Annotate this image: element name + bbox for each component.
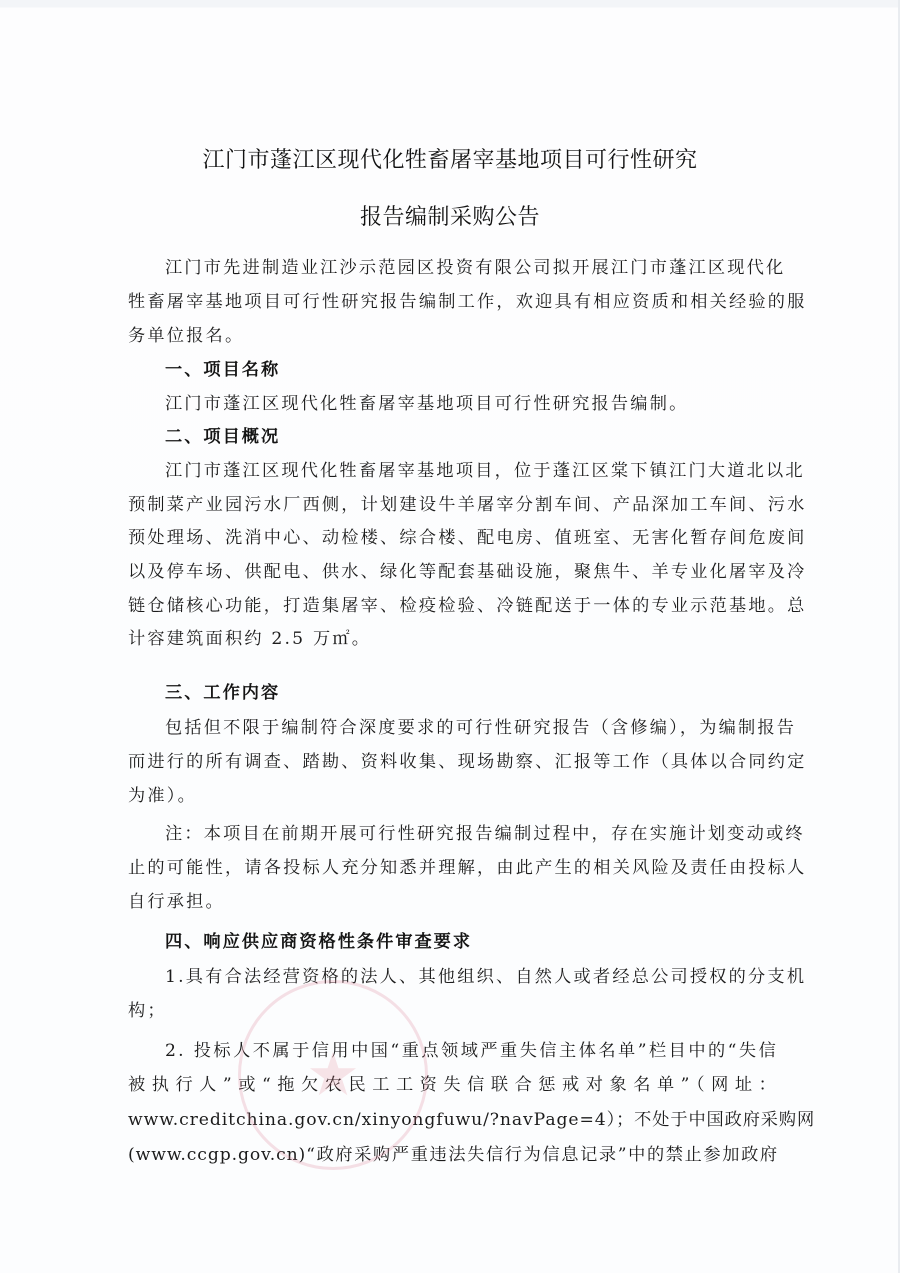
intro-line-2: 牲畜屠宰基地项目可行性研究报告编制工作，欢迎具有相应资质和相关经验的服: [128, 290, 778, 314]
project-name-text: 江门市蓬江区现代化牲畜屠宰基地项目可行性研究报告编制。: [165, 392, 778, 416]
qualification-item-2-line-1: 2. 投标人不属于信用中国“重点领域严重失信主体名单”栏目中的“失信: [165, 1039, 778, 1063]
qualification-item-1-line-1: 1.具有合法经营资格的法人、其他组织、自然人或者经总公司授权的分支机: [165, 965, 778, 989]
work-content-line-1: 包括但不限于编制符合深度要求的可行性研究报告（含修编），为编制报告: [165, 716, 778, 740]
document-title-line-2: 报告编制采购公告: [0, 200, 900, 231]
overview-line-1: 江门市蓬江区现代化牲畜屠宰基地项目，位于蓬江区棠下镇江门大道北以北: [165, 459, 778, 483]
document-title-line-1: 江门市蓬江区现代化牲畜屠宰基地项目可行性研究: [0, 143, 900, 174]
note-line-3: 自行承担。: [128, 890, 778, 914]
work-content-line-3: 为准）。: [128, 784, 778, 808]
work-content-line-2: 而进行的所有调查、踏勘、资料收集、现场勘察、汇报等工作（具体以合同约定: [128, 750, 778, 774]
section-heading-work-content: 三、工作内容: [165, 681, 778, 705]
note-line-1: 注：本项目在前期开展可行性研究报告编制过程中，存在实施计划变动或终: [165, 822, 778, 846]
intro-line-1: 江门市先进制造业江沙示范园区投资有限公司拟开展江门市蓬江区现代化: [165, 256, 778, 280]
section-heading-qualification: 四、响应供应商资格性条件审查要求: [165, 930, 778, 954]
overview-line-4: 以及停车场、供配电、供水、绿化等配套基础设施，聚焦牛、羊专业化屠宰及冷: [128, 560, 778, 584]
overview-line-3: 预处理场、洗消中心、动检楼、综合楼、配电房、值班室、无害化暂存间危废间: [128, 526, 778, 550]
qualification-item-2-line-2: 被执行人”或“拖欠农民工工资失信联合惩戒对象名单”（网址：: [128, 1073, 778, 1097]
qualification-item-2-line-3: www.creditchina.gov.cn/xinyongfuwu/?navP…: [128, 1108, 778, 1132]
qualification-item-1-line-2: 构；: [128, 999, 778, 1023]
document-page: 江门市蓬江区现代化牲畜屠宰基地项目可行性研究 报告编制采购公告 江门市先进制造业…: [0, 0, 900, 1273]
note-line-2: 止的可能性，请各投标人充分知悉并理解，由此产生的相关风险及责任由投标人: [128, 856, 778, 880]
overview-line-2: 预制菜产业园污水厂西侧，计划建设牛羊屠宰分割车间、产品深加工车间、污水: [128, 493, 778, 517]
section-heading-project-overview: 二、项目概况: [165, 425, 778, 449]
section-heading-project-name: 一、项目名称: [165, 358, 778, 382]
overview-line-5: 链仓储核心功能，打造集屠宰、检疫检验、冷链配送于一体的专业示范基地。总: [128, 594, 778, 618]
overview-line-6: 计容建筑面积约 2.5 万㎡。: [128, 627, 778, 651]
qualification-item-2-line-4: (www.ccgp.gov.cn)“政府采购严重违法失信行为信息记录”中的禁止参…: [128, 1143, 778, 1167]
intro-line-3: 务单位报名。: [128, 324, 778, 348]
